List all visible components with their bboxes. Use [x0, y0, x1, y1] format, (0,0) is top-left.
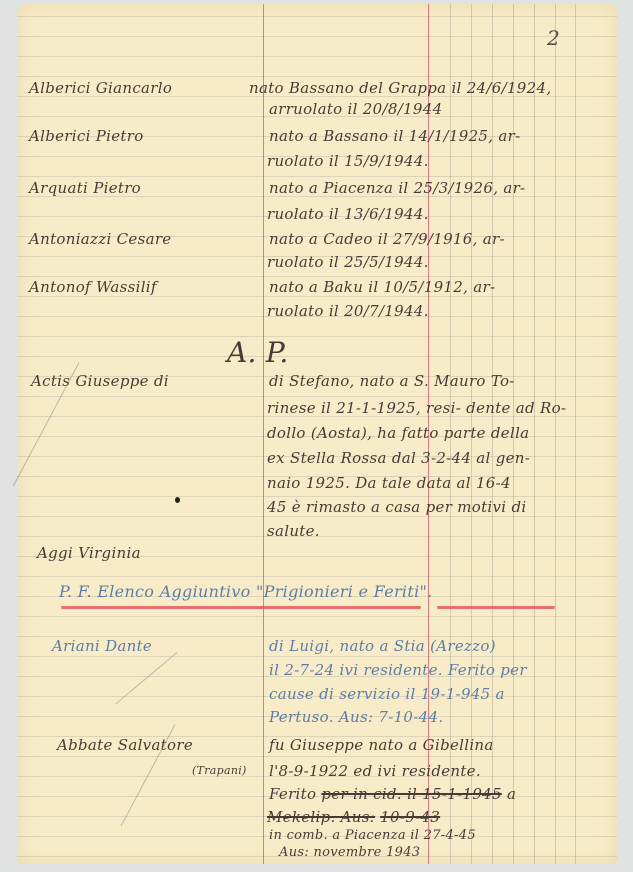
- entry-line: salute.: [267, 522, 320, 540]
- entry-line: Mekelip. Aus: 10-9-43: [267, 808, 440, 826]
- column-rule: [575, 4, 576, 864]
- entry-name: Alberici Giancarlo: [29, 79, 172, 97]
- entry-name: Antonof Wassilif: [29, 278, 157, 296]
- entry-name: Arquati Pietro: [29, 179, 141, 197]
- entry-line: nato a Baku il 10/5/1912, ar-: [269, 278, 495, 296]
- entry-line: Aus: novembre 1943: [279, 845, 420, 860]
- entry-line: ex Stella Rossa dal 3-2-44 al gen-: [267, 449, 530, 467]
- entry-note: (Trapani): [192, 764, 247, 777]
- entry-line: nato a Piacenza il 25/3/1926, ar-: [269, 179, 525, 197]
- entry-name: Antoniazzi Cesare: [29, 230, 171, 248]
- struck-text: per in cid. il 15-1-1945: [321, 785, 501, 803]
- entry-line: ruolato il 25/5/1944.: [267, 253, 429, 271]
- entry-line-part: Mekelip. Aus:: [267, 808, 375, 826]
- entry-line: Ferito per in cid. il 15-1-1945 a: [269, 785, 516, 803]
- entry-name: Actis Giuseppe di: [31, 372, 169, 390]
- entry-line: dollo (Aosta), ha fatto parte della: [267, 424, 529, 442]
- entry-line: cause di servizio il 19-1-945 a: [269, 685, 505, 703]
- entry-line: nato a Cadeo il 27/9/1916, ar-: [269, 230, 505, 248]
- entry-name: Abbate Salvatore: [57, 736, 193, 754]
- subheading: P. F. Elenco Aggiuntivo "Prigionieri e F…: [59, 582, 433, 601]
- entry-line: naio 1925. Da tale data al 16-4: [267, 474, 511, 492]
- entry-line: in comb. a Piacenza il 27-4-45: [269, 828, 476, 843]
- entry-name: Ariani Dante: [52, 637, 152, 655]
- margin-line-left: [263, 4, 264, 864]
- entry-line: ruolato il 15/9/1944.: [267, 152, 429, 170]
- red-underline: [61, 606, 421, 609]
- ink-spot: [175, 497, 180, 503]
- entry-line: 45 è rimasto a casa per motivi di: [267, 498, 526, 516]
- entry-line: di Luigi, nato a Stia (Arezzo): [269, 637, 496, 655]
- column-rule: [555, 4, 556, 864]
- entry-line: l'8-9-1922 ed ivi residente.: [269, 762, 481, 780]
- column-rule: [534, 4, 535, 864]
- entry-line: di Stefano, nato a S. Mauro To-: [269, 372, 515, 390]
- ledger-page: 2 Alberici Giancarlo nato Bassano del Gr…: [17, 4, 617, 864]
- entry-line: rinese il 21-1-1925, resi- dente ad Ro-: [267, 399, 566, 417]
- entry-line: fu Giuseppe nato a Gibellina: [269, 736, 494, 754]
- entry-line-part: a: [507, 785, 516, 803]
- entry-line: il 2-7-24 ivi residente. Ferito per: [269, 661, 527, 679]
- entry-line-part: Ferito: [269, 785, 316, 803]
- entry-name: Alberici Pietro: [29, 127, 144, 145]
- entry-name: Aggi Virginia: [37, 544, 141, 562]
- pencil-mark: [115, 652, 177, 704]
- entry-line: arruolato il 20/8/1944: [269, 100, 442, 118]
- section-heading: A. P.: [227, 336, 289, 369]
- entry-line: nato Bassano del Grappa il 24/6/1924,: [249, 79, 551, 97]
- entry-line: nato a Bassano il 14/1/1925, ar-: [269, 127, 521, 145]
- entry-line: ruolato il 13/6/1944.: [267, 205, 429, 223]
- red-underline: [437, 606, 555, 609]
- struck-text: 10-9-43: [380, 808, 440, 826]
- entry-line: Pertuso. Aus: 7-10-44.: [269, 708, 443, 726]
- entry-line: ruolato il 20/7/1944.: [267, 302, 429, 320]
- page-number: 2: [547, 26, 560, 50]
